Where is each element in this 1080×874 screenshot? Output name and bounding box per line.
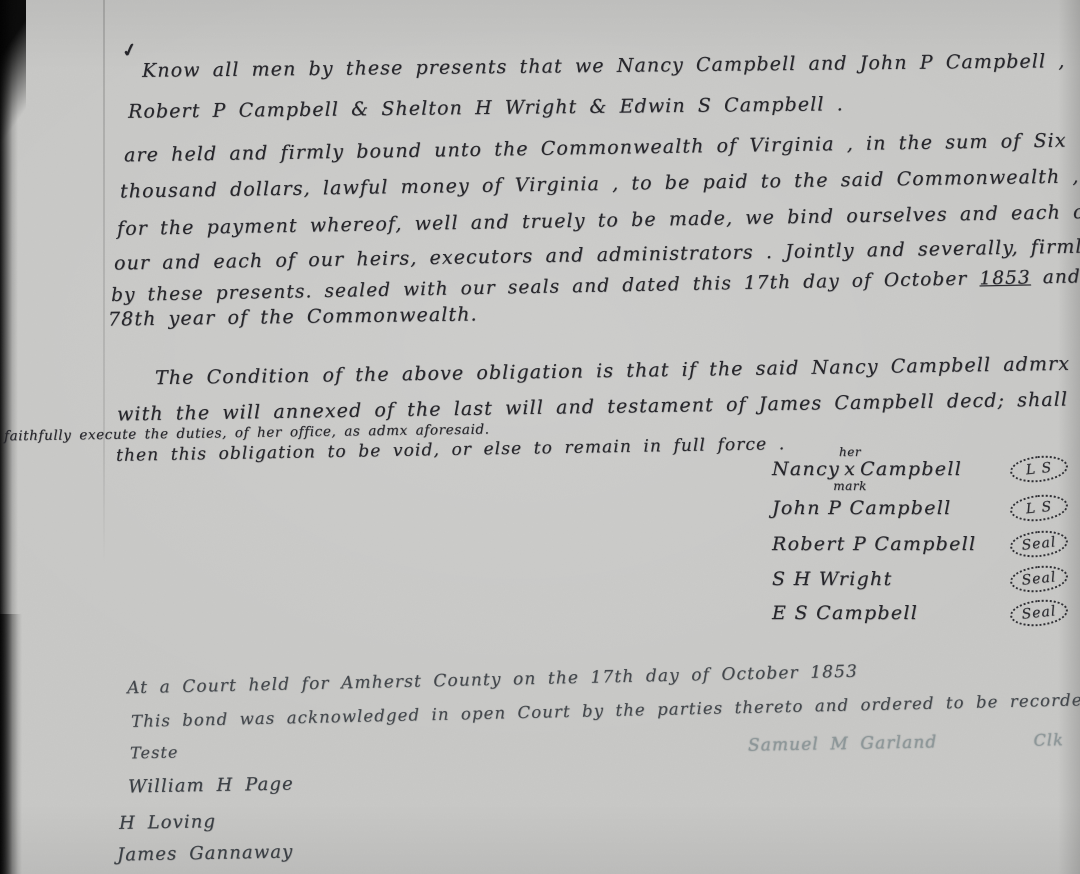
clerk-attestation: Samuel M Garland Clk bbox=[748, 730, 1064, 756]
bond-line-8: 78th year of the Commonwealth. bbox=[108, 303, 478, 330]
bond-line-3: are held and firmly bound unto the Commo… bbox=[124, 130, 1067, 167]
bond-line-5: for the payment whereof, well and truely… bbox=[117, 200, 1080, 240]
signature-sh-wright: S H Wright bbox=[772, 568, 893, 590]
bond-line-7-pre: by these presents. sealed with our seals… bbox=[111, 268, 980, 306]
film-edge-corner-top-left bbox=[0, 0, 26, 150]
clerk-signature: Samuel M Garland bbox=[748, 732, 938, 755]
bond-line-7-post: and in the bbox=[1031, 265, 1080, 288]
teste-label: Teste bbox=[130, 743, 179, 763]
signature-john-campbell: John P Campbell bbox=[772, 497, 952, 519]
signature-nancy-campbell: NancyherxmarkCampbell bbox=[772, 458, 962, 480]
witness-signature-3: James Gannaway bbox=[117, 841, 294, 865]
signature-row-john-campbell: John P Campbell L S bbox=[772, 495, 1068, 521]
witness-signature-2: H Loving bbox=[119, 811, 216, 834]
signature-row-es-campbell: E S Campbell Seal bbox=[772, 600, 1068, 626]
signature-row-nancy-campbell: NancyherxmarkCampbell L S bbox=[772, 456, 1068, 482]
seal-5: Seal bbox=[1009, 597, 1069, 629]
paper-fold-line bbox=[103, 0, 105, 565]
bond-line-2: Robert P Campbell & Shelton H Wright & E… bbox=[128, 93, 844, 122]
scanned-document-page: ✓ Know all men by these presents that we… bbox=[0, 0, 1080, 874]
seal-ls-1: L S bbox=[1009, 453, 1069, 485]
seal-ls-2: L S bbox=[1009, 492, 1069, 524]
signature-es-campbell: E S Campbell bbox=[772, 602, 918, 624]
signature-row-robert-campbell: Robert P Campbell Seal bbox=[772, 531, 1068, 557]
film-edge-corner-bottom-left bbox=[0, 614, 22, 874]
bond-line-4: thousand dollars, lawful money of Virgin… bbox=[120, 165, 1080, 202]
signature-robert-campbell: Robert P Campbell bbox=[772, 533, 976, 555]
seal-3: Seal bbox=[1009, 528, 1069, 560]
seal-4: Seal bbox=[1009, 563, 1069, 595]
court-line-2: This bond was acknowledged in open Court… bbox=[131, 690, 1080, 731]
condition-line-1: The Condition of the above obligation is… bbox=[155, 353, 1070, 389]
her-mark-cross: herxmark bbox=[844, 458, 856, 480]
her-mark-label-above: her bbox=[839, 445, 861, 459]
her-mark-label-below: mark bbox=[833, 479, 867, 493]
bond-line-1: Know all men by these presents that we N… bbox=[142, 50, 1066, 82]
checkmark-annotation: ✓ bbox=[120, 39, 140, 63]
bond-year-underlined: 1853 bbox=[979, 267, 1031, 289]
witness-signature-1: William H Page bbox=[128, 774, 294, 798]
mark-x: x bbox=[844, 458, 856, 480]
signature-nancy-first: Nancy bbox=[772, 458, 840, 480]
clerk-title: Clk bbox=[1033, 730, 1064, 751]
court-line-1: At a Court held for Amherst County on th… bbox=[127, 662, 858, 699]
signature-nancy-last: Campbell bbox=[860, 458, 962, 480]
condition-line-2: with the will annexed of the last will a… bbox=[117, 389, 1068, 426]
signature-row-sh-wright: S H Wright Seal bbox=[772, 566, 1068, 592]
